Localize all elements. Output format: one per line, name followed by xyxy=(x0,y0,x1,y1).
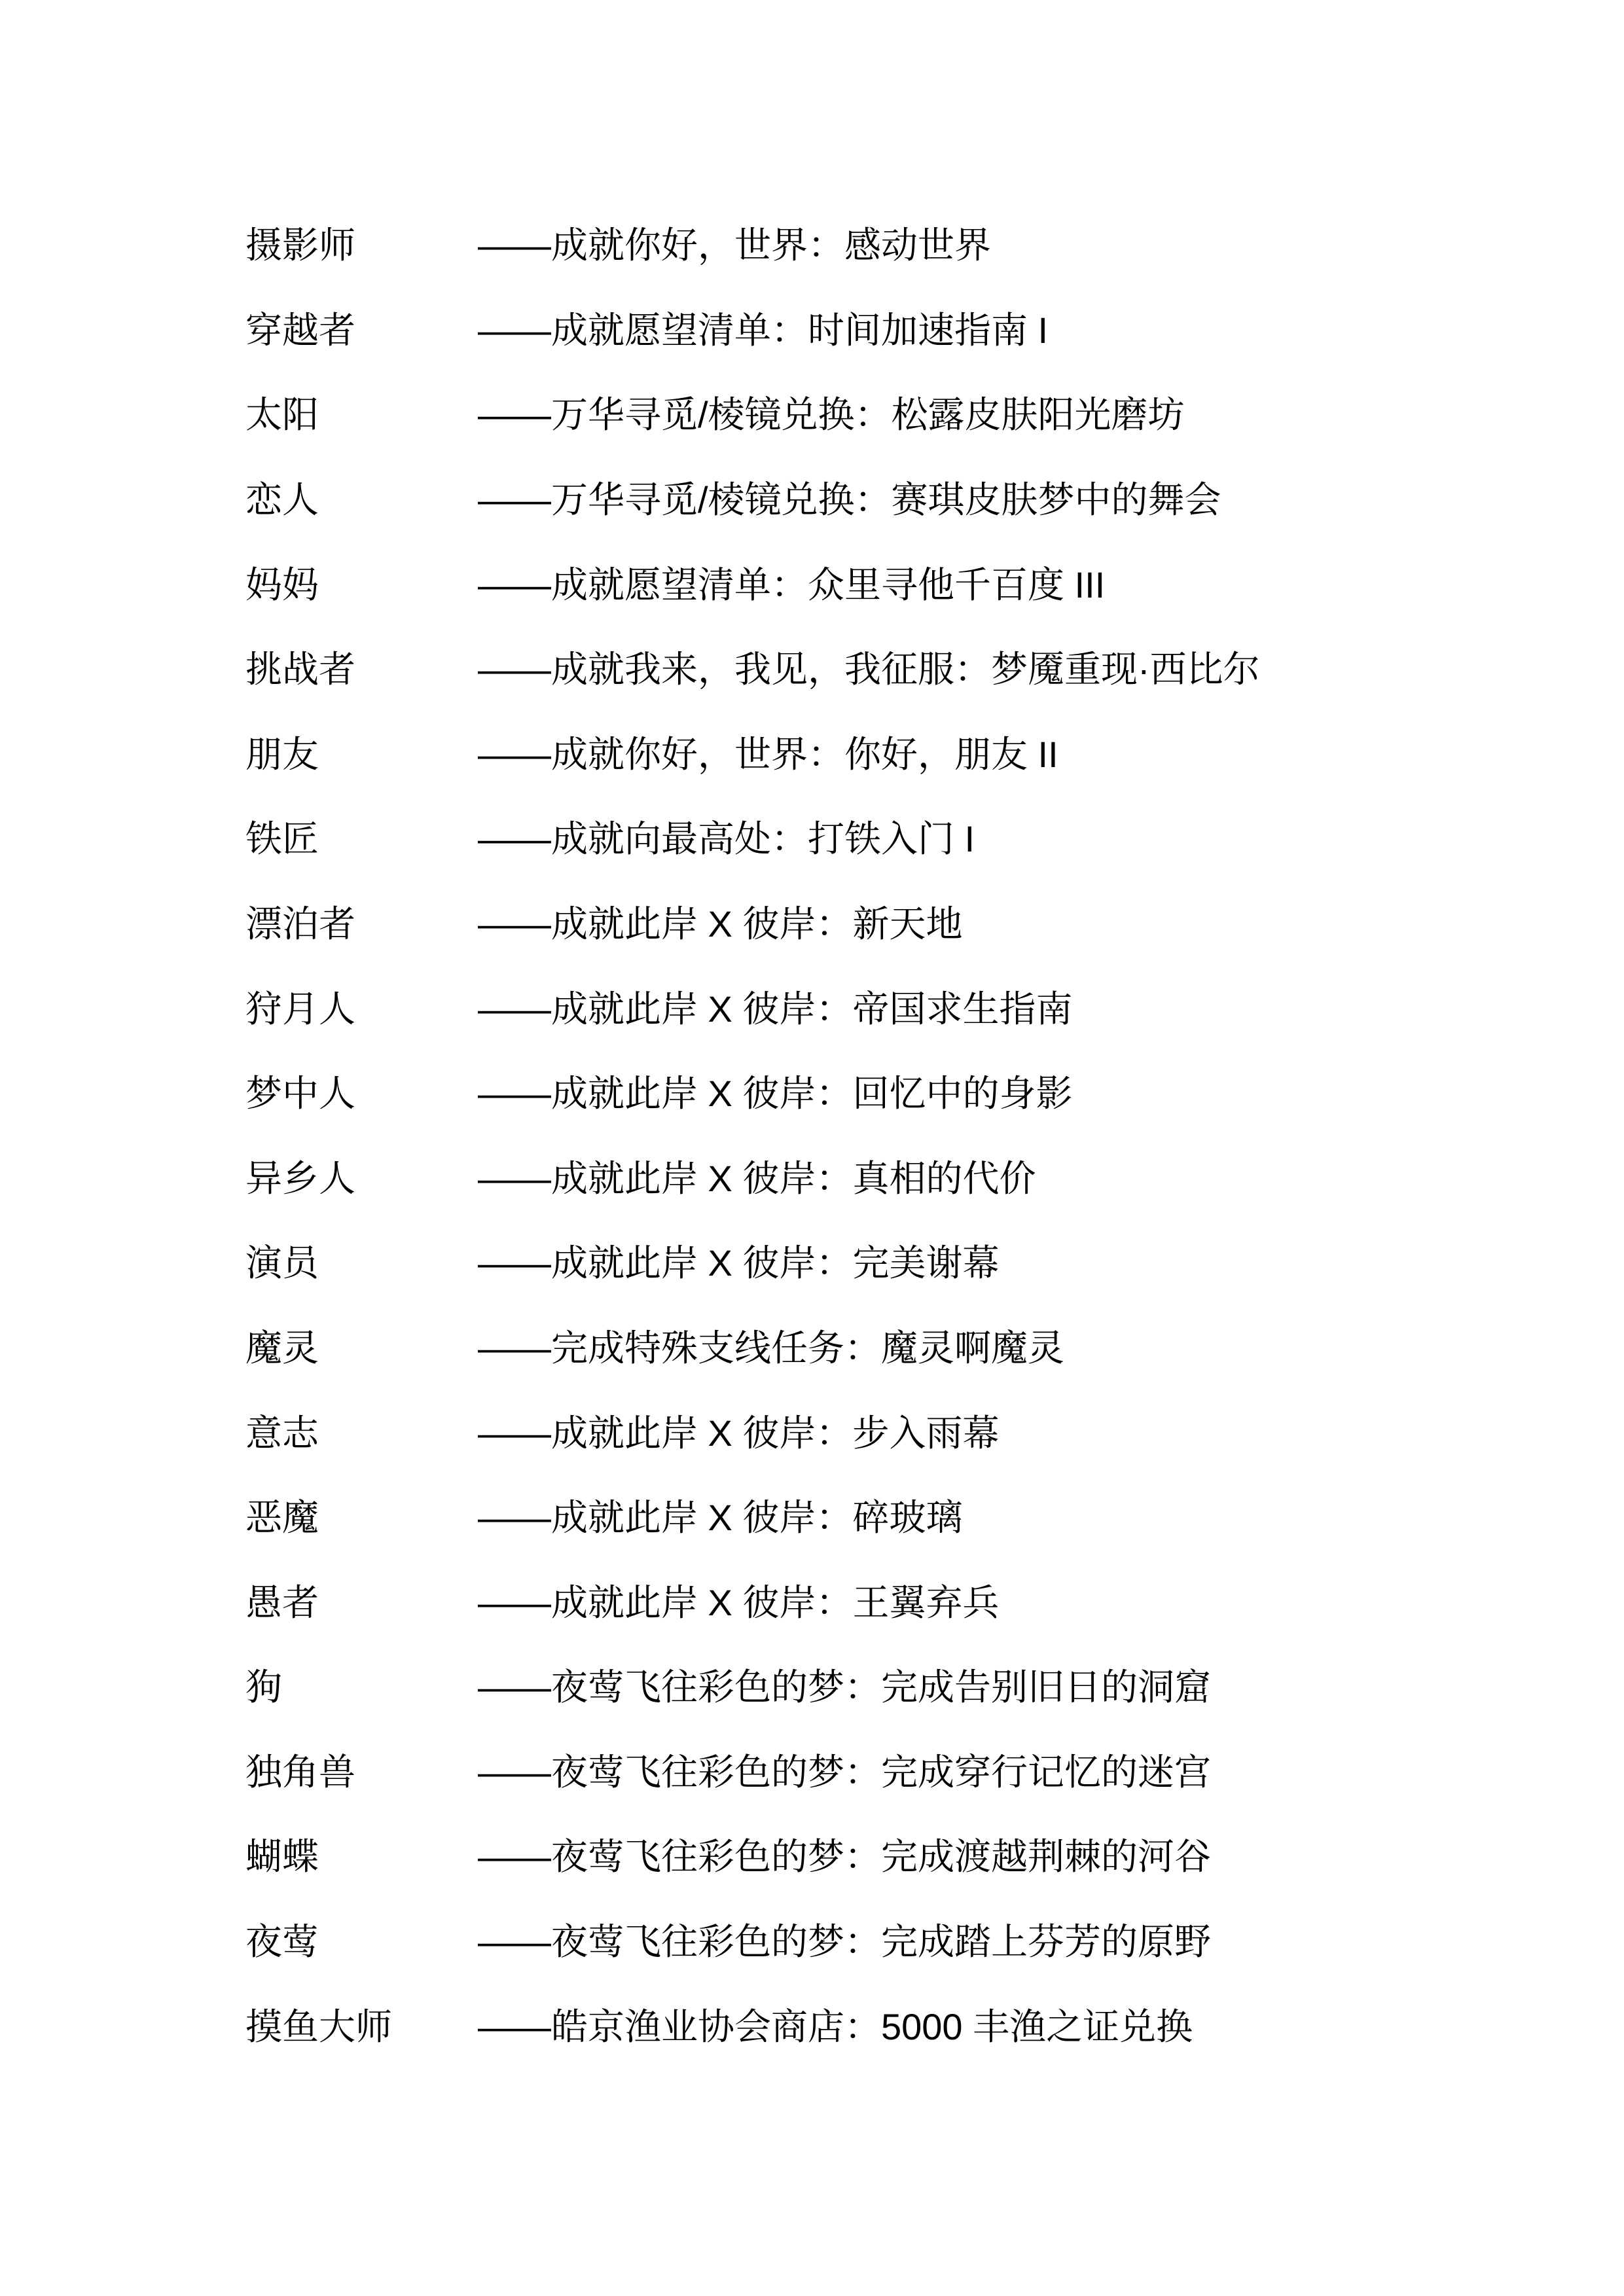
term-description: ——万华寻觅/棱镜兑换：赛琪皮肤梦中的舞会 xyxy=(478,478,1526,522)
term-description: ——完成特殊支线任务：魔灵啊魔灵 xyxy=(478,1326,1526,1370)
term-description: ——成就向最高处：打铁入门 I xyxy=(478,817,1526,861)
term-description: ——成就此岸 X 彼岸：王翼弃兵 xyxy=(478,1581,1526,1624)
glossary-row: 梦中人 ——成就此岸 X 彼岸：回忆中的身影 xyxy=(245,1051,1526,1136)
term-description: ——成就此岸 X 彼岸：帝国求生指南 xyxy=(478,987,1526,1031)
glossary-row: 魔灵 ——完成特殊支线任务：魔灵啊魔灵 xyxy=(245,1306,1526,1391)
term-label: 夜莺 xyxy=(245,1920,478,1964)
term-label: 独角兽 xyxy=(245,1750,478,1794)
glossary-row: 演员 ——成就此岸 X 彼岸：完美谢幕 xyxy=(245,1221,1526,1306)
term-label: 摄影师 xyxy=(245,223,478,267)
term-label: 意志 xyxy=(245,1411,478,1455)
term-label: 穿越者 xyxy=(245,308,478,352)
term-description: ——成就此岸 X 彼岸：步入雨幕 xyxy=(478,1411,1526,1455)
glossary-row: 意志 ——成就此岸 X 彼岸：步入雨幕 xyxy=(245,1390,1526,1475)
term-label: 铁匠 xyxy=(245,817,478,861)
term-description: ——成就愿望清单：众里寻他千百度 III xyxy=(478,563,1526,607)
glossary-row: 穿越者 ——成就愿望清单：时间加速指南 I xyxy=(245,288,1526,373)
term-description: ——成就此岸 X 彼岸：完美谢幕 xyxy=(478,1241,1526,1285)
glossary-row: 愚者 ——成就此岸 X 彼岸：王翼弃兵 xyxy=(245,1560,1526,1645)
term-label: 朋友 xyxy=(245,732,478,776)
term-description: ——成就你好，世界：感动世界 xyxy=(478,223,1526,267)
term-description: ——成就你好，世界：你好，朋友 II xyxy=(478,732,1526,776)
term-label: 太阳 xyxy=(245,393,478,437)
term-label: 狗 xyxy=(245,1665,478,1709)
term-description: ——成就愿望清单：时间加速指南 I xyxy=(478,308,1526,352)
glossary-row: 蝴蝶 ——夜莺飞往彩色的梦：完成渡越荆棘的河谷 xyxy=(245,1814,1526,1899)
term-description: ——夜莺飞往彩色的梦：完成告别旧日的洞窟 xyxy=(478,1665,1526,1709)
term-description: ——成就我来，我见，我征服：梦魇重现·西比尔 xyxy=(478,647,1526,691)
term-label: 异乡人 xyxy=(245,1157,478,1200)
term-label: 梦中人 xyxy=(245,1071,478,1115)
term-description: ——成就此岸 X 彼岸：新天地 xyxy=(478,902,1526,946)
term-label: 魔灵 xyxy=(245,1326,478,1370)
glossary-row: 异乡人 ——成就此岸 X 彼岸：真相的代价 xyxy=(245,1136,1526,1221)
term-label: 演员 xyxy=(245,1241,478,1285)
term-description: ——成就此岸 X 彼岸：回忆中的身影 xyxy=(478,1071,1526,1115)
term-label: 摸鱼大师 xyxy=(245,2005,478,2049)
term-label: 愚者 xyxy=(245,1581,478,1624)
glossary-row: 恋人 ——万华寻觅/棱镜兑换：赛琪皮肤梦中的舞会 xyxy=(245,457,1526,543)
glossary-row: 挑战者 ——成就我来，我见，我征服：梦魇重现·西比尔 xyxy=(245,627,1526,712)
term-label: 蝴蝶 xyxy=(245,1835,478,1878)
glossary-row: 摄影师 ——成就你好，世界：感动世界 xyxy=(245,203,1526,288)
term-label: 恋人 xyxy=(245,478,478,522)
term-label: 漂泊者 xyxy=(245,902,478,946)
term-description: ——夜莺飞往彩色的梦：完成踏上芬芳的原野 xyxy=(478,1920,1526,1964)
term-label: 狩月人 xyxy=(245,987,478,1031)
term-label: 挑战者 xyxy=(245,647,478,691)
glossary-row: 恶魔 ——成就此岸 X 彼岸：碎玻璃 xyxy=(245,1475,1526,1560)
glossary-row: 狗 ——夜莺飞往彩色的梦：完成告别旧日的洞窟 xyxy=(245,1645,1526,1730)
term-description: ——成就此岸 X 彼岸：碎玻璃 xyxy=(478,1496,1526,1539)
term-description: ——成就此岸 X 彼岸：真相的代价 xyxy=(478,1157,1526,1200)
glossary-row: 漂泊者 ——成就此岸 X 彼岸：新天地 xyxy=(245,882,1526,967)
term-label: 恶魔 xyxy=(245,1496,478,1539)
document-page: 摄影师 ——成就你好，世界：感动世界 穿越者 ——成就愿望清单：时间加速指南 I… xyxy=(0,0,1624,2296)
glossary-row: 狩月人 ——成就此岸 X 彼岸：帝国求生指南 xyxy=(245,966,1526,1051)
glossary-row: 太阳 ——万华寻觅/棱镜兑换：松露皮肤阳光磨坊 xyxy=(245,372,1526,457)
term-description: ——夜莺飞往彩色的梦：完成渡越荆棘的河谷 xyxy=(478,1835,1526,1878)
glossary-row: 朋友 ——成就你好，世界：你好，朋友 II xyxy=(245,712,1526,797)
glossary-row: 独角兽 ——夜莺飞往彩色的梦：完成穿行记忆的迷宫 xyxy=(245,1730,1526,1815)
glossary-row: 夜莺 ——夜莺飞往彩色的梦：完成踏上芬芳的原野 xyxy=(245,1899,1526,1984)
term-description: ——皓京渔业协会商店：5000 丰渔之证兑换 xyxy=(478,2005,1526,2049)
glossary-row: 铁匠 ——成就向最高处：打铁入门 I xyxy=(245,797,1526,882)
term-description: ——夜莺飞往彩色的梦：完成穿行记忆的迷宫 xyxy=(478,1750,1526,1794)
term-label: 妈妈 xyxy=(245,563,478,607)
glossary-list: 摄影师 ——成就你好，世界：感动世界 穿越者 ——成就愿望清单：时间加速指南 I… xyxy=(245,203,1526,2069)
term-description: ——万华寻觅/棱镜兑换：松露皮肤阳光磨坊 xyxy=(478,393,1526,437)
glossary-row: 摸鱼大师 ——皓京渔业协会商店：5000 丰渔之证兑换 xyxy=(245,1984,1526,2069)
glossary-row: 妈妈 ——成就愿望清单：众里寻他千百度 III xyxy=(245,542,1526,627)
